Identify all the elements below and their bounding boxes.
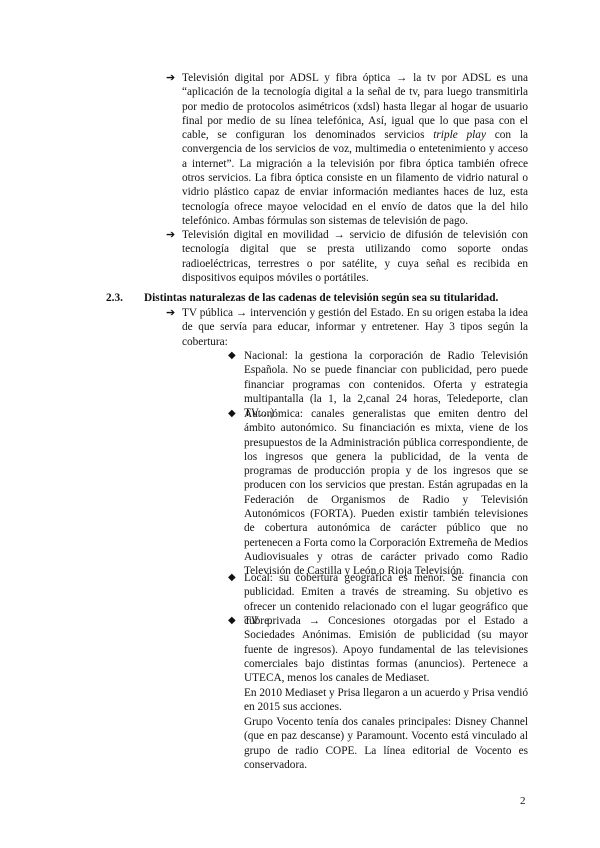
paragraph-movilidad: Televisión digital en movilidad → servic…: [182, 228, 528, 285]
page-number: 2: [520, 795, 526, 807]
diamond-bullet-icon: ◆: [228, 571, 236, 585]
arrow-bullet-icon: ➔: [166, 228, 175, 242]
diamond-bullet-icon: ◆: [228, 407, 236, 421]
diamond-bullet-icon: ◆: [228, 614, 236, 628]
list-item-autonomica: Autonómica: canales generalistas que emi…: [244, 407, 528, 579]
italic-term: triple play: [433, 129, 486, 141]
diamond-bullet-icon: ◆: [228, 349, 236, 363]
section-heading: 2.3.Distintas naturalezas de las cadenas…: [106, 291, 498, 305]
section-number: 2.3.: [106, 291, 144, 305]
paragraph-vocento: Grupo Vocento tenía dos canales principa…: [244, 715, 528, 772]
paragraph-mediaset-prisa: En 2010 Mediaset y Prisa llegaron a un a…: [244, 686, 528, 715]
text: con la convergencia de los servicios de …: [182, 129, 528, 227]
paragraph-tv-publica: TV pública → intervención y gestión del …: [182, 306, 528, 349]
arrow-bullet-icon: ➔: [166, 306, 175, 320]
arrow-bullet-icon: ➔: [166, 71, 175, 85]
paragraph-adsl-fibra: Televisión digital por ADSL y fibra ópti…: [182, 71, 528, 228]
document-page: ➔ Televisión digital por ADSL y fibra óp…: [0, 0, 600, 848]
list-item-tv-privada: TV privada → Concesiones otorgadas por e…: [244, 614, 528, 685]
section-title: Distintas naturalezas de las cadenas de …: [144, 292, 498, 304]
